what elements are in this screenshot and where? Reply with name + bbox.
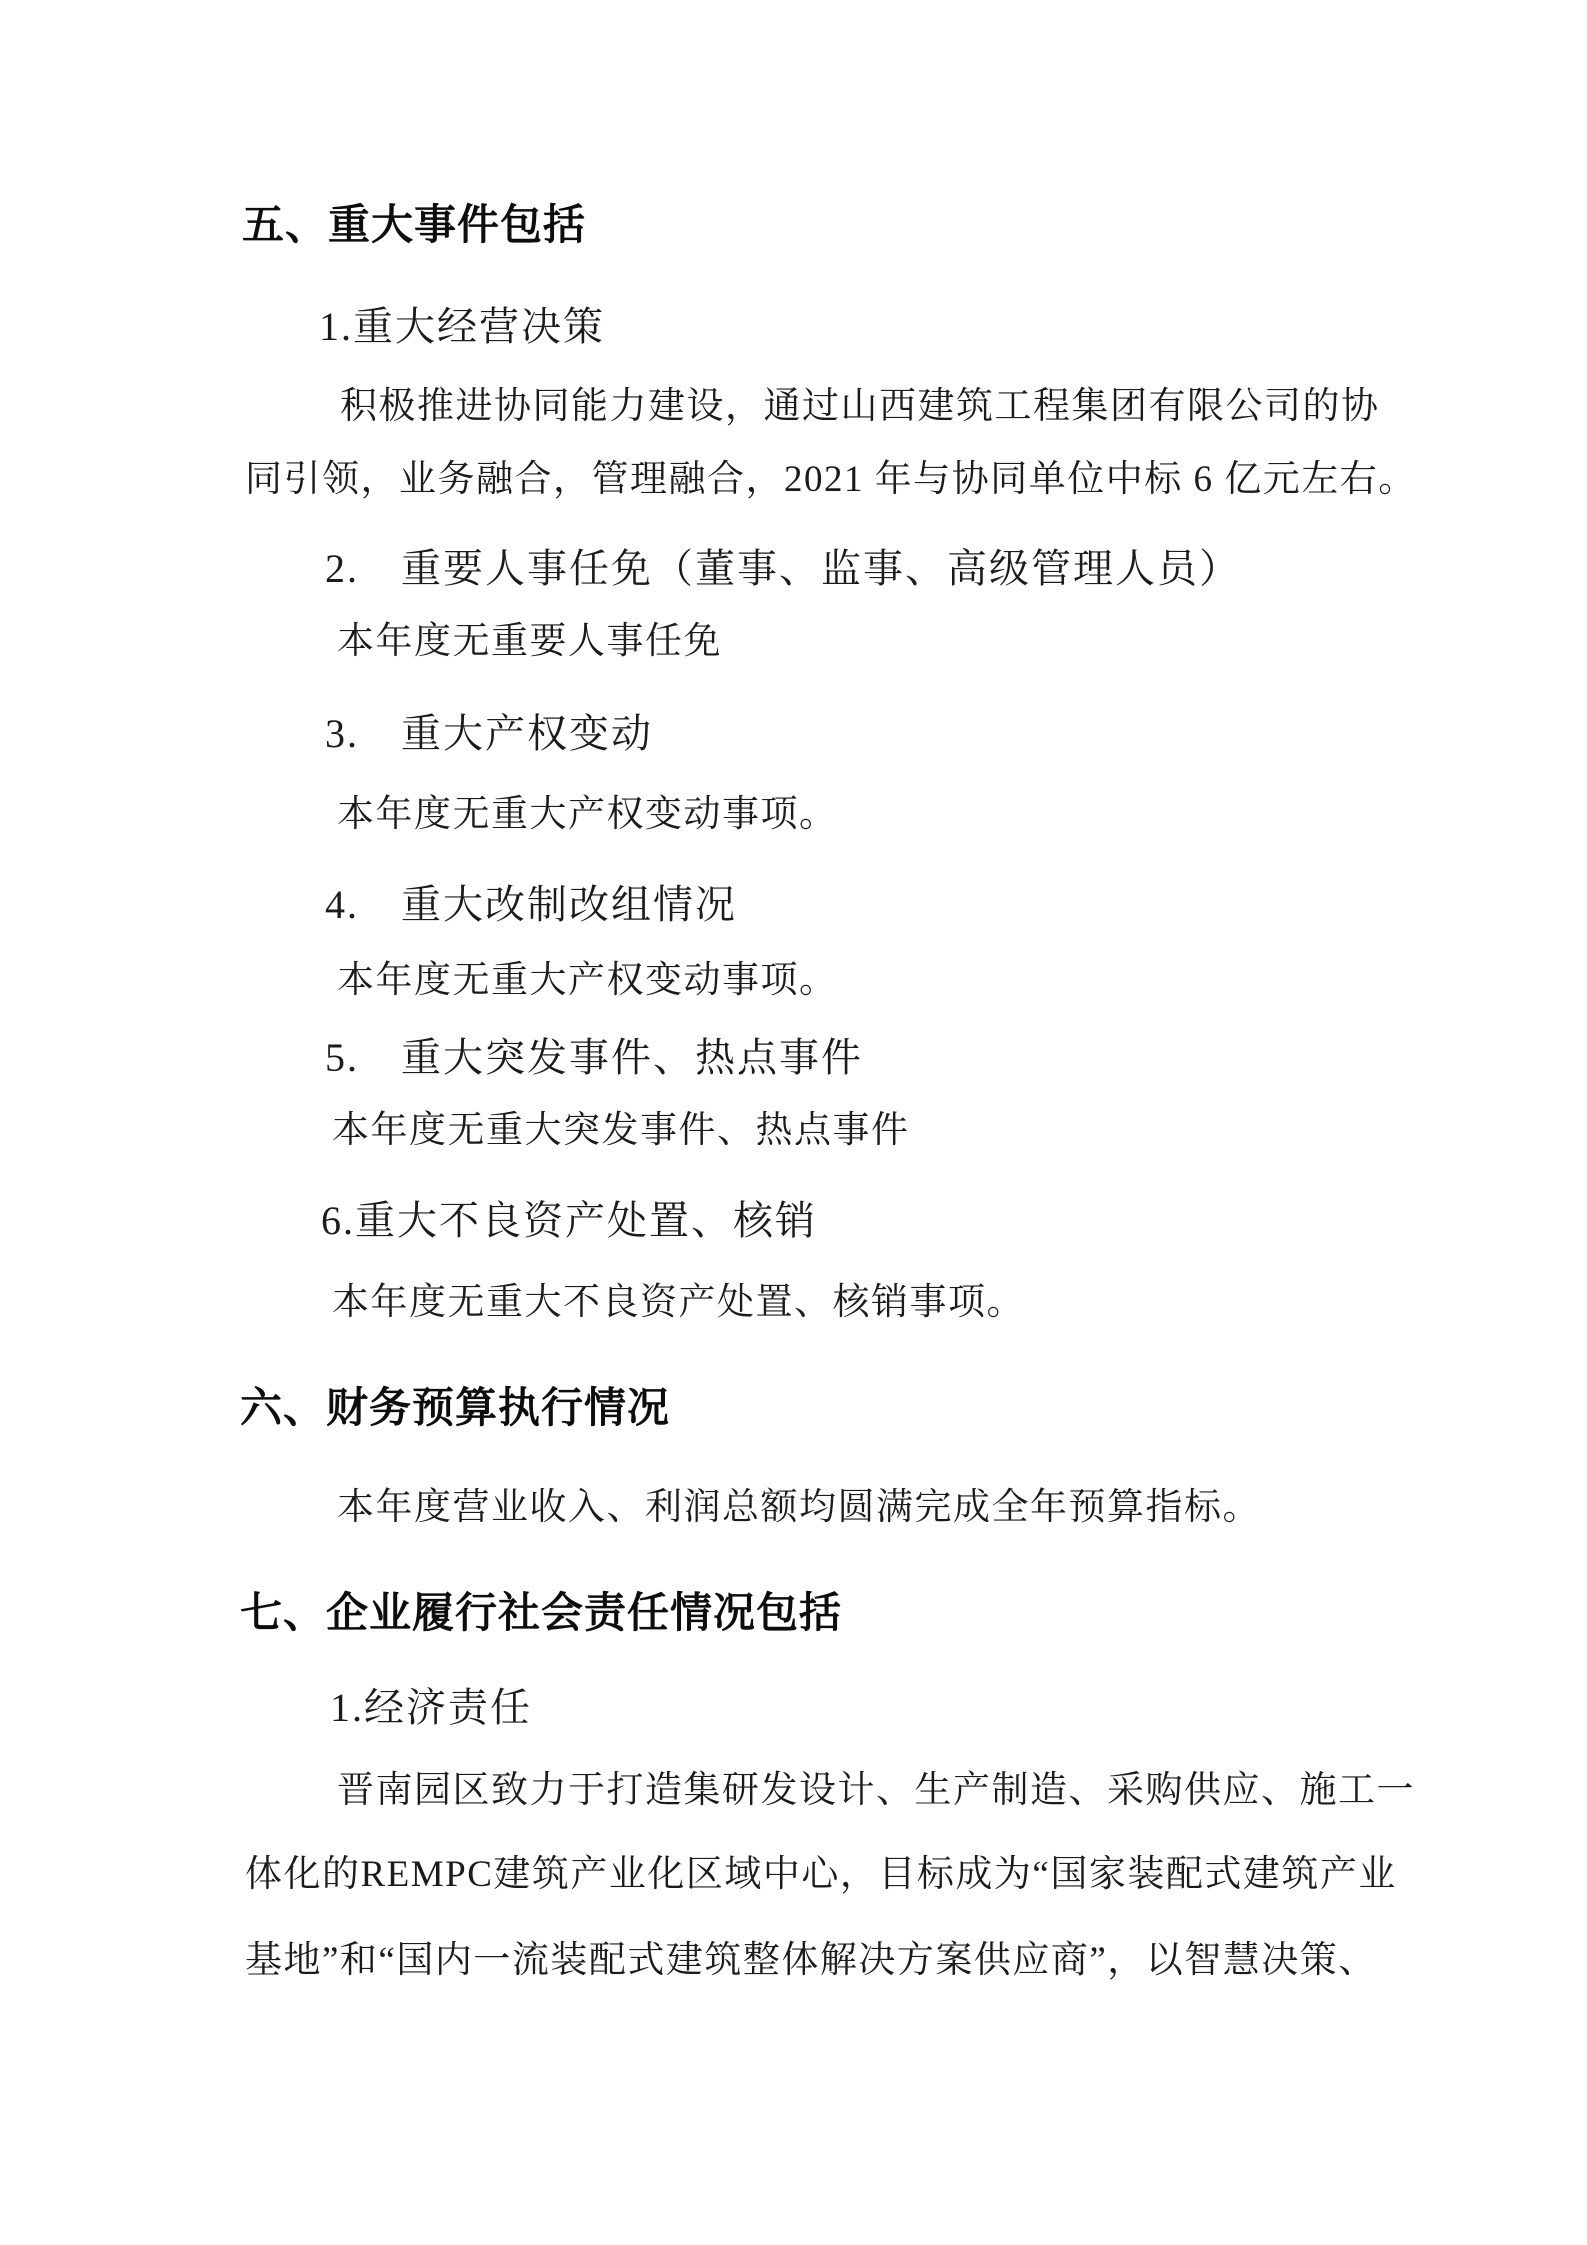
item-4-body: 本年度无重大产权变动事项。 (337, 960, 838, 1003)
document-page: 五、重大事件包括 1.重大经营决策 积极推进协同能力建设，通过山西建筑工程集团有… (0, 0, 1587, 2245)
section-5-heading: 五、重大事件包括 (242, 201, 586, 249)
item-3-title: 3. 重大产权变动 (325, 711, 653, 757)
item-5-title: 5. 重大突发事件、热点事件 (325, 1035, 863, 1081)
item-5-body: 本年度无重大突发事件、热点事件 (332, 1110, 910, 1153)
item-7-1-paragraph-line1: 晋南园区致力于打造集研发设计、生产制造、采购供应、施工一 (337, 1770, 1415, 1813)
item-1-title: 1.重大经营决策 (319, 304, 605, 350)
section-6-heading: 六、财务预算执行情况 (240, 1384, 670, 1432)
item-7-1-paragraph-line2: 体化的REMPC建筑产业化区域中心，目标成为“国家装配式建筑产业 (245, 1854, 1397, 1897)
item-2-title: 2. 重要人事任免（董事、监事、高级管理人员） (325, 546, 1241, 592)
section-7-heading: 七、企业履行社会责任情况包括 (240, 1589, 842, 1637)
item-4-title: 4. 重大改制改组情况 (325, 882, 737, 928)
section-6-body: 本年度营业收入、利润总额均圆满完成全年预算指标。 (337, 1487, 1261, 1530)
item-1-paragraph-line1: 积极推进协同能力建设，通过山西建筑工程集团有限公司的协 (340, 386, 1380, 429)
item-3-body: 本年度无重大产权变动事项。 (337, 794, 838, 837)
item-7-1-paragraph-line3: 基地”和“国内一流装配式建筑整体解决方案供应商”，以智慧决策、 (245, 1940, 1377, 1983)
item-1-paragraph-line2: 同引领，业务融合，管理融合，2021 年与协同单位中标 6 亿元左右。 (245, 459, 1417, 502)
item-6-body: 本年度无重大不良资产处置、核销事项。 (332, 1282, 1025, 1325)
item-6-title: 6.重大不良资产处置、核销 (321, 1198, 817, 1244)
item-7-1-title: 1.经济责任 (330, 1685, 532, 1731)
item-2-body: 本年度无重要人事任免 (337, 621, 722, 664)
